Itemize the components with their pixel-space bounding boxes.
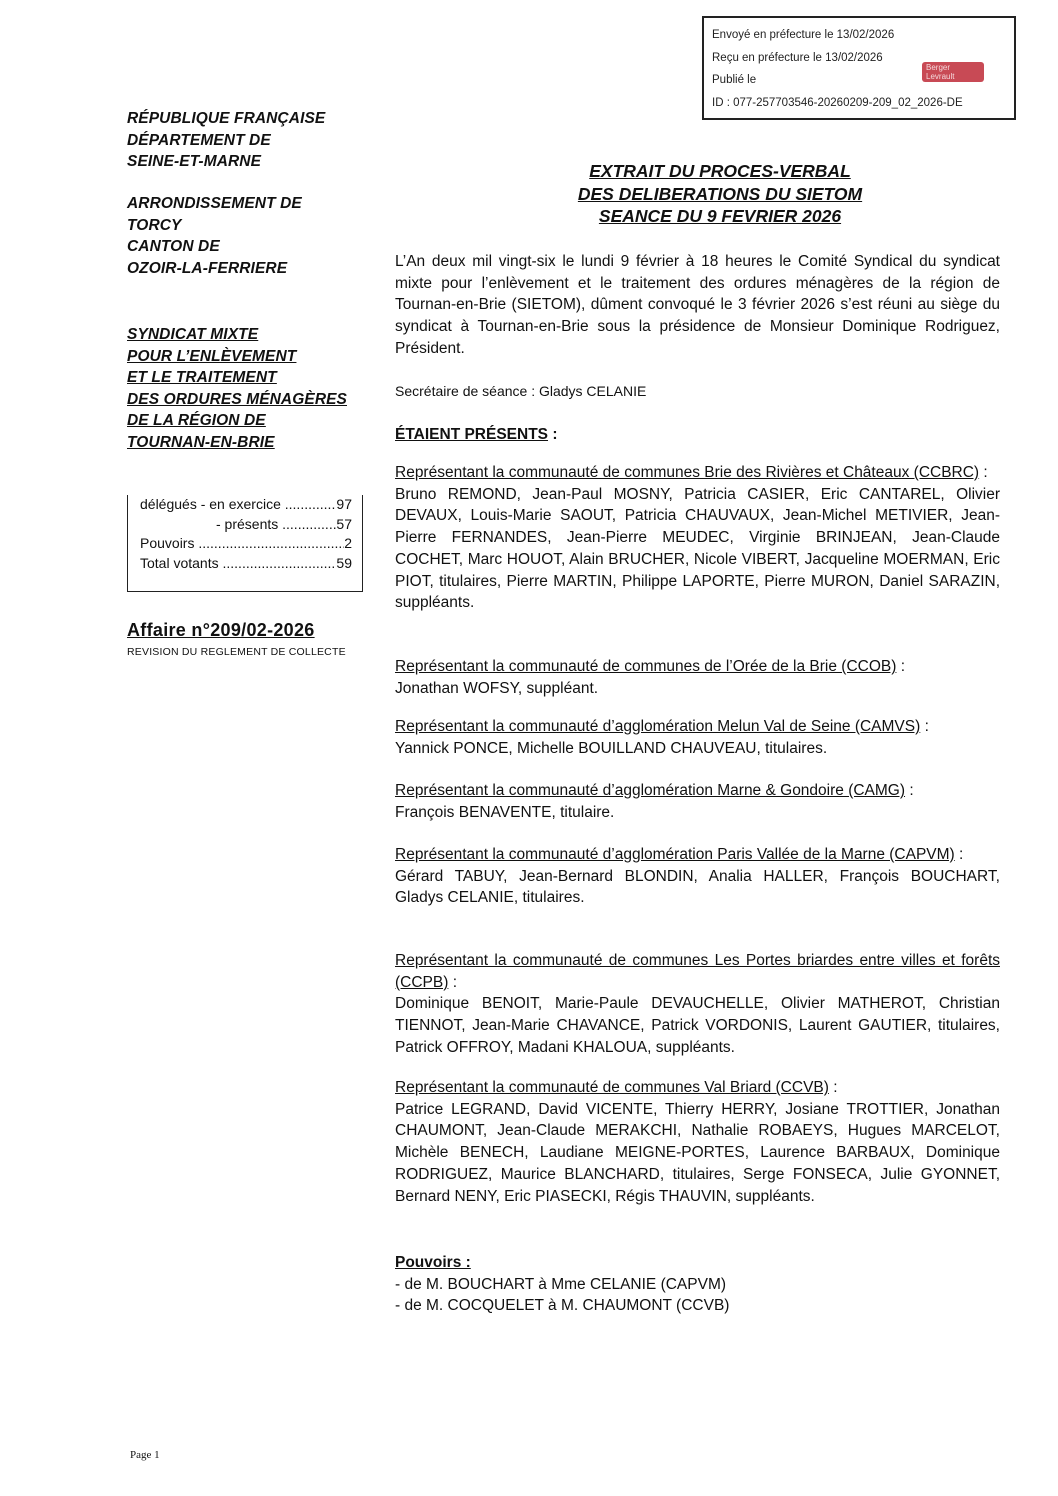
- affaire-number: Affaire n°209/02-2026: [127, 620, 315, 641]
- group-capvm: Représentant la communauté d’agglomérati…: [395, 844, 1000, 909]
- title-line: EXTRAIT DU PROCES-VERBAL: [589, 161, 851, 181]
- header-line: POUR L’ENLÈVEMENT: [127, 348, 296, 365]
- pouvoirs-heading: Pouvoirs :: [395, 1252, 1000, 1274]
- header-line: TORCY: [127, 215, 367, 237]
- pouvoir-item: - de M. COCQUELET à M. CHAUMONT (CCVB): [395, 1295, 1000, 1317]
- berger-levrault-logo: Berger Levrault: [922, 62, 984, 82]
- group-ccob: Représentant la communauté de communes d…: [395, 656, 1000, 699]
- title-line: SEANCE DU 9 FEVRIER 2026: [599, 206, 841, 226]
- header-republique: RÉPUBLIQUE FRANÇAISE DÉPARTEMENT DE SEIN…: [127, 108, 367, 173]
- secretary-line: Secrétaire de séance : Gladys CELANIE: [395, 381, 1000, 403]
- group-heading: Représentant la communauté de communes L…: [395, 952, 1000, 991]
- delegates-stats-box: délégués - en exercice 97 - présents 57 …: [127, 495, 363, 592]
- document-title: EXTRAIT DU PROCES-VERBAL DES DELIBERATIO…: [470, 160, 970, 228]
- stats-row: - présents 57: [140, 515, 352, 535]
- group-members: Patrice LEGRAND, David VICENTE, Thierry …: [395, 1099, 1000, 1208]
- stats-value: 97: [336, 495, 352, 515]
- group-camg: Représentant la communauté d’agglomérati…: [395, 780, 1000, 823]
- stamp-sent: Envoyé en préfecture le 13/02/2026: [712, 24, 1014, 47]
- group-heading: Représentant la communauté de communes V…: [395, 1079, 829, 1096]
- group-ccbrc: Représentant la communauté de communes B…: [395, 462, 1000, 614]
- pouvoirs-section: Pouvoirs : - de M. BOUCHART à Mme CELANI…: [395, 1252, 1000, 1317]
- stats-label: délégués - en exercice: [140, 495, 336, 515]
- stats-label: - présents: [140, 515, 336, 535]
- present-heading-colon: :: [548, 426, 557, 443]
- group-heading: Représentant la communauté d’agglomérati…: [395, 782, 905, 799]
- header-line: DÉPARTEMENT DE: [127, 130, 367, 152]
- header-line: CANTON DE: [127, 236, 367, 258]
- header-line: RÉPUBLIQUE FRANÇAISE: [127, 108, 367, 130]
- pouvoir-item: - de M. BOUCHART à Mme CELANIE (CAPVM): [395, 1274, 1000, 1296]
- present-heading-text: ÉTAIENT PRÉSENTS: [395, 426, 548, 443]
- header-arrondissement: ARRONDISSEMENT DE TORCY CANTON DE OZOIR-…: [127, 193, 367, 279]
- page-number: Page 1: [130, 1449, 160, 1461]
- group-ccpb: Représentant la communauté de communes L…: [395, 950, 1000, 1059]
- stats-label: Total votants: [140, 554, 336, 574]
- stats-row: délégués - en exercice 97: [140, 495, 352, 515]
- affaire-subject: REVISION DU REGLEMENT DE COLLECTE: [127, 646, 346, 658]
- group-members: Jonathan WOFSY, suppléant.: [395, 678, 1000, 700]
- header-line: DES ORDURES MÉNAGÈRES: [127, 391, 347, 408]
- group-members: François BENAVENTE, titulaire.: [395, 802, 1000, 824]
- group-heading: Représentant la communauté de communes d…: [395, 658, 896, 675]
- header-line: SEINE-ET-MARNE: [127, 151, 367, 173]
- group-members: Bruno REMOND, Jean-Paul MOSNY, Patricia …: [395, 484, 1000, 614]
- header-line: OZOIR-LA-FERRIERE: [127, 258, 367, 280]
- present-heading: ÉTAIENT PRÉSENTS :: [395, 424, 1000, 446]
- header-syndicat: SYNDICAT MIXTE POUR L’ENLÈVEMENT ET LE T…: [127, 324, 377, 453]
- stats-value: 59: [336, 554, 352, 574]
- prefecture-stamp: Envoyé en préfecture le 13/02/2026 Reçu …: [702, 16, 1016, 120]
- stats-label: Pouvoirs: [140, 534, 344, 554]
- stats-row: Total votants 59: [140, 554, 352, 574]
- stats-value: 2: [344, 534, 352, 554]
- group-heading: Représentant la communauté d’agglomérati…: [395, 718, 920, 735]
- header-line: TOURNAN-EN-BRIE: [127, 434, 275, 451]
- header-line: ARRONDISSEMENT DE: [127, 193, 367, 215]
- intro-paragraph: L’An deux mil vingt-six le lundi 9 févri…: [395, 251, 1000, 360]
- logo-text-1: Berger: [926, 63, 984, 72]
- header-line: ET LE TRAITEMENT: [127, 369, 277, 386]
- group-members: Yannick PONCE, Michelle BOUILLAND CHAUVE…: [395, 738, 1000, 760]
- group-members: Dominique BENOIT, Marie-Paule DEVAUCHELL…: [395, 993, 1000, 1058]
- group-heading: Représentant la communauté d’agglomérati…: [395, 846, 955, 863]
- group-heading: Représentant la communauté de communes B…: [395, 464, 979, 481]
- group-members: Gérard TABUY, Jean-Bernard BLONDIN, Anal…: [395, 866, 1000, 909]
- logo-text-2: Levrault: [926, 72, 984, 81]
- header-line: SYNDICAT MIXTE: [127, 326, 258, 343]
- stats-value: 57: [336, 515, 352, 535]
- group-ccvb: Représentant la communauté de communes V…: [395, 1077, 1000, 1207]
- group-camvs: Représentant la communauté d’agglomérati…: [395, 716, 1000, 759]
- header-line: DE LA RÉGION DE: [127, 412, 266, 429]
- stats-row: Pouvoirs 2: [140, 534, 352, 554]
- title-line: DES DELIBERATIONS DU SIETOM: [578, 184, 862, 204]
- stamp-id: ID : 077-257703546-20260209-209_02_2026-…: [712, 92, 1014, 115]
